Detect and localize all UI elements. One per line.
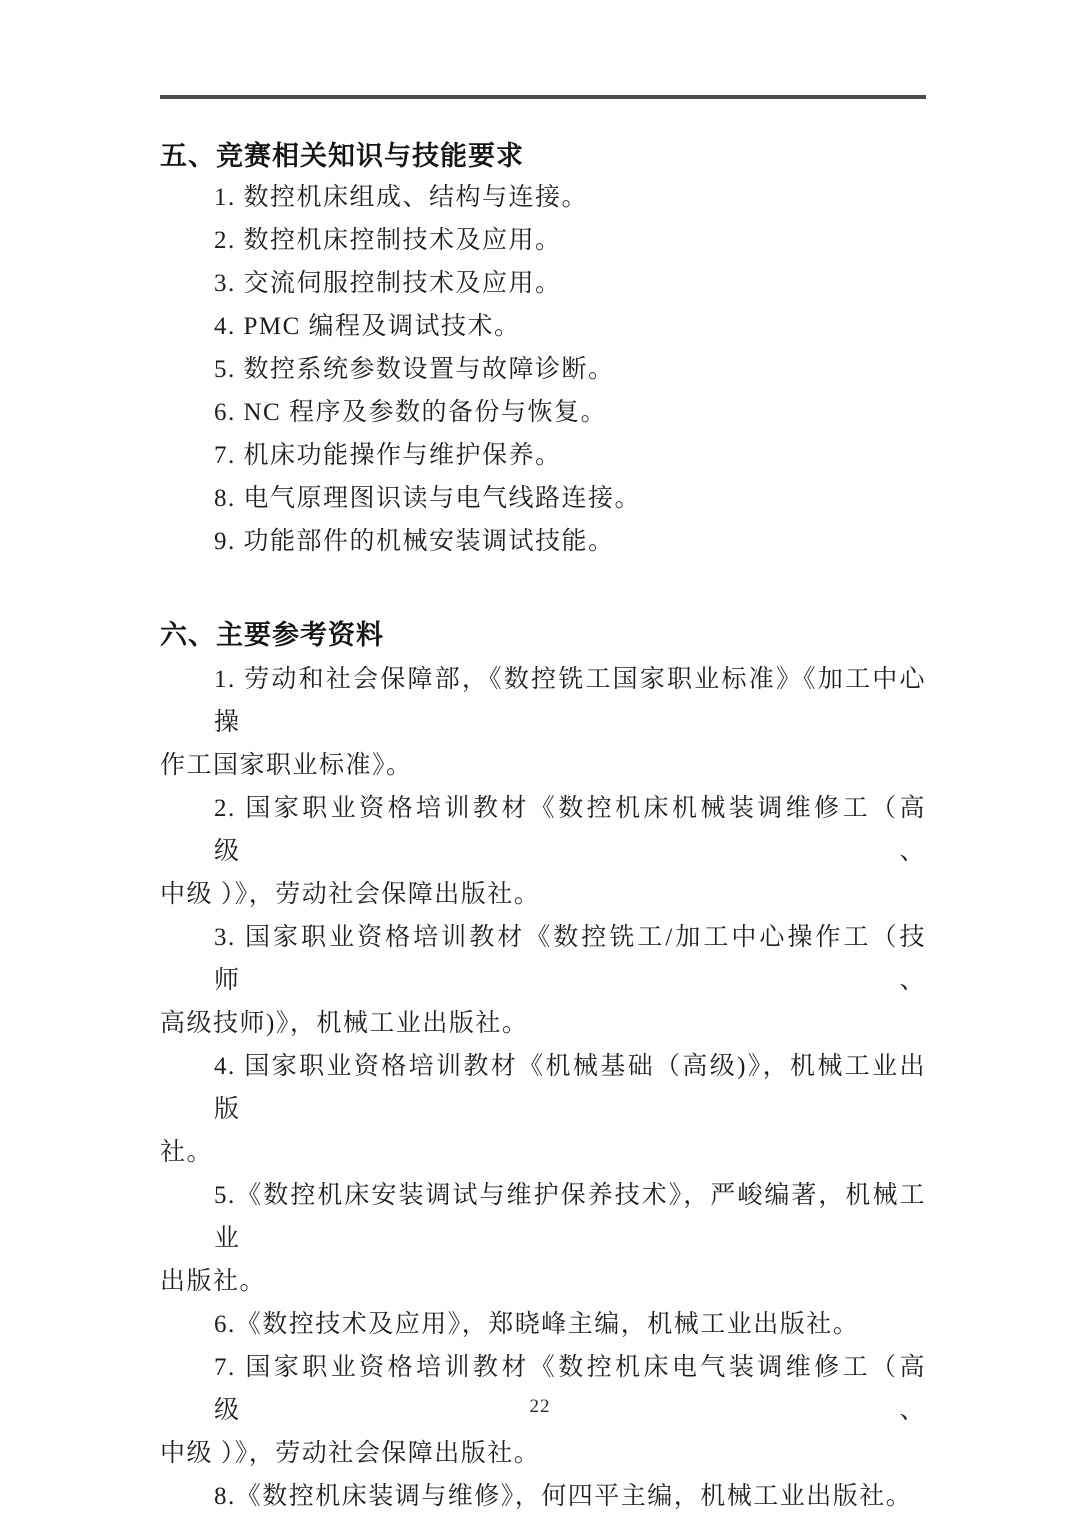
reference-line: 7. 国家职业资格培训教材《数控机床电气装调维修工（高级、: [160, 1346, 926, 1432]
skills-section-heading: 五、竞赛相关知识与技能要求: [160, 142, 926, 170]
reference-line: 3. 国家职业资格培训教材《数控铣工/加工中心操作工（技师、: [160, 916, 926, 1002]
reference-line: 4. 国家职业资格培训教材《机械基础（高级)》，机械工业出版: [160, 1045, 926, 1131]
skills-item: 9. 功能部件的机械安装调试技能。: [160, 520, 926, 563]
document-page: 五、竞赛相关知识与技能要求 1. 数控机床组成、结构与连接。 2. 数控机床控制…: [0, 0, 1080, 1526]
reference-line: 社。: [160, 1131, 926, 1174]
skills-item: 1. 数控机床组成、结构与连接。: [160, 176, 926, 219]
skills-item: 3. 交流伺服控制技术及应用。: [160, 262, 926, 305]
reference-line: 中级 ）》，劳动社会保障出版社。: [160, 873, 926, 916]
reference-line: 6.《数控技术及应用》，郑晓峰主编，机械工业出版社。: [160, 1303, 926, 1346]
skills-item: 7. 机床功能操作与维护保养。: [160, 434, 926, 477]
skills-item: 6. NC 程序及参数的备份与恢复。: [160, 391, 926, 434]
references-section-heading: 六、主要参考资料: [160, 621, 926, 649]
reference-line: 作工国家职业标准》。: [160, 744, 926, 787]
reference-line: 出版社。: [160, 1260, 926, 1303]
page-number: 22: [0, 1396, 1080, 1418]
reference-line: 1. 劳动和社会保障部，《数控铣工国家职业标准》《加工中心操: [160, 658, 926, 744]
skills-list: 1. 数控机床组成、结构与连接。 2. 数控机床控制技术及应用。 3. 交流伺服…: [160, 176, 926, 563]
skills-item: 5. 数控系统参数设置与故障诊断。: [160, 348, 926, 391]
reference-line: 2. 国家职业资格培训教材《数控机床机械装调维修工（高级、: [160, 787, 926, 873]
reference-line: 8.《数控机床装调与维修》，何四平主编，机械工业出版社。: [160, 1475, 926, 1518]
skills-item: 4. PMC 编程及调试技术。: [160, 305, 926, 348]
reference-line: 高级技师)》，机械工业出版社。: [160, 1002, 926, 1045]
skills-item: 2. 数控机床控制技术及应用。: [160, 219, 926, 262]
skills-item: 8. 电气原理图识读与电气线路连接。: [160, 477, 926, 520]
page-content: 五、竞赛相关知识与技能要求 1. 数控机床组成、结构与连接。 2. 数控机床控制…: [160, 95, 926, 1518]
references-list: 1. 劳动和社会保障部，《数控铣工国家职业标准》《加工中心操 作工国家职业标准》…: [160, 658, 926, 1518]
reference-line: 中级 ）》，劳动社会保障出版社。: [160, 1432, 926, 1475]
reference-line: 5.《数控机床安装调试与维护保养技术》，严峻编著，机械工业: [160, 1174, 926, 1260]
header-rule: [160, 95, 926, 99]
